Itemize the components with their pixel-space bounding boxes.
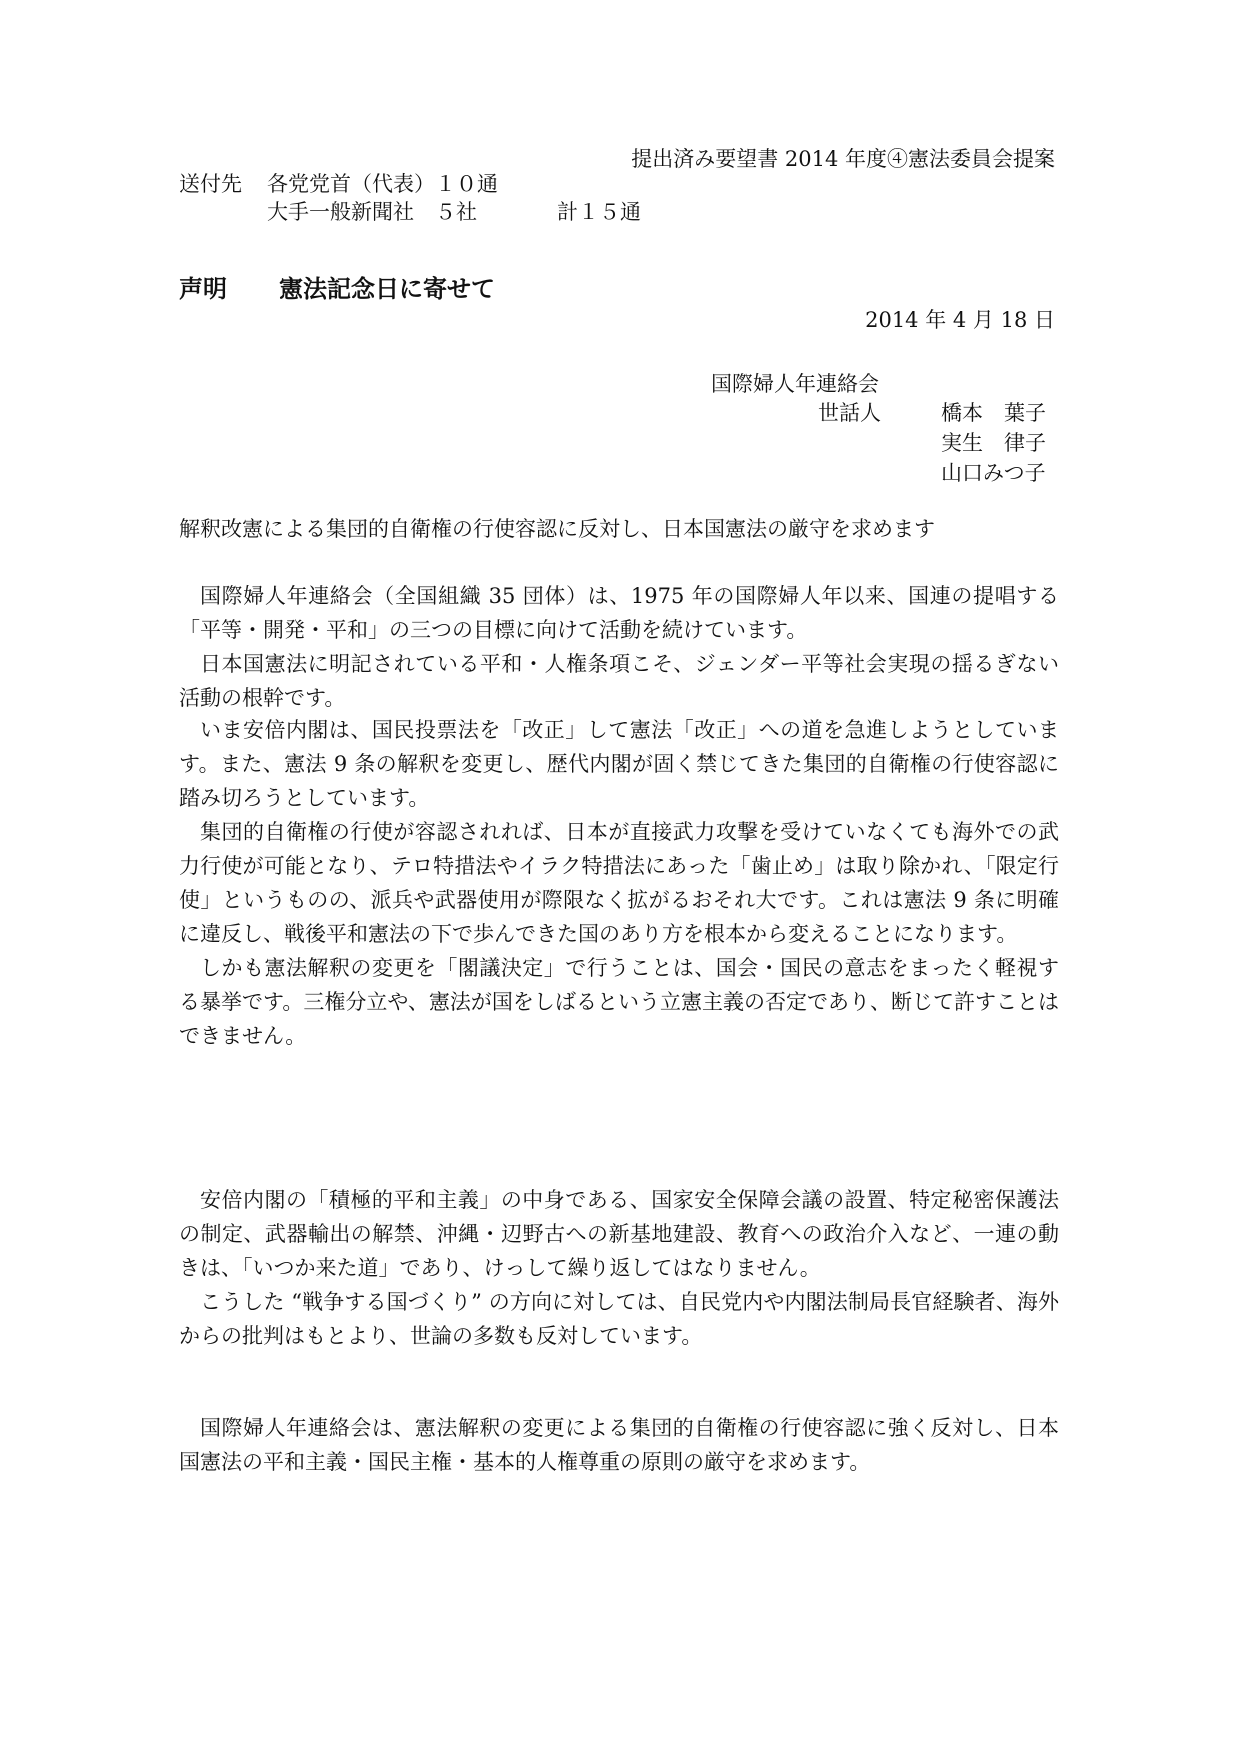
- signatory-name: 実生 律子: [941, 429, 1046, 457]
- title-kind: 声明: [179, 275, 227, 303]
- signatory-role: 世話人: [818, 399, 881, 427]
- section-4: 国際婦人年連絡会は、憲法解釈の変更による集団的自衛権の行使容認に強く反対し、日本…: [179, 1411, 1059, 1479]
- reference-note: 提出済み要望書 2014 年度④憲法委員会提案: [631, 145, 1055, 173]
- section-2: いま安倍内閣は、国民投票法を「改正」して憲法「改正」への道を急進しようとしていま…: [179, 713, 1059, 1053]
- section-3: 安倍内閣の「積極的平和主義」の中身である、国家安全保障会議の設置、特定秘密保護法…: [179, 1183, 1059, 1353]
- send-to-party-leaders: 各党党首（代表）１０通: [267, 170, 498, 198]
- paragraph: 国際婦人年連絡会（全国組織 35 団体）は、1975 年の国際婦人年以来、国連の…: [179, 579, 1059, 647]
- document-page: 提出済み要望書 2014 年度④憲法委員会提案 送付先 各党党首（代表）１０通 …: [0, 0, 1240, 1754]
- paragraph: しかも憲法解釈の変更を「閣議決定」で行うことは、国会・国民の意志をまったく軽視す…: [179, 951, 1059, 1053]
- document-date: 2014 年 4 月 18 日: [865, 306, 1055, 334]
- section-1: 国際婦人年連絡会（全国組織 35 団体）は、1975 年の国際婦人年以来、国連の…: [179, 579, 1059, 715]
- title-text: 憲法記念日に寄せて: [279, 275, 495, 303]
- send-to-newspapers: 大手一般新聞社 ５社: [267, 198, 477, 226]
- paragraph: 日本国憲法に明記されている平和・人権条項こそ、ジェンダー平等社会実現の揺るぎない…: [179, 647, 1059, 715]
- send-to-total: 計１５通: [557, 198, 641, 226]
- headline: 解釈改憲による集団的自衛権の行使容認に反対し、日本国憲法の厳守を求めます: [179, 512, 1059, 546]
- document-title: 声明憲法記念日に寄せて: [179, 272, 495, 306]
- paragraph: 安倍内閣の「積極的平和主義」の中身である、国家安全保障会議の設置、特定秘密保護法…: [179, 1183, 1059, 1285]
- paragraph: 国際婦人年連絡会は、憲法解釈の変更による集団的自衛権の行使容認に強く反対し、日本…: [179, 1411, 1059, 1479]
- paragraph: こうした “戦争する国づくり” の方向に対しては、自民党内や内閣法制局長官経験者…: [179, 1285, 1059, 1353]
- paragraph: いま安倍内閣は、国民投票法を「改正」して憲法「改正」への道を急進しようとしていま…: [179, 713, 1059, 815]
- send-to-label: 送付先: [179, 170, 242, 198]
- headline-block: 解釈改憲による集団的自衛権の行使容認に反対し、日本国憲法の厳守を求めます: [179, 512, 1059, 546]
- signatory-name: 橋本 葉子: [941, 399, 1046, 427]
- signatory-name: 山口みつ子: [941, 459, 1046, 487]
- organization-name: 国際婦人年連絡会: [711, 370, 879, 398]
- paragraph: 集団的自衛権の行使が容認されれば、日本が直接武力攻撃を受けていなくても海外での武…: [179, 815, 1059, 951]
